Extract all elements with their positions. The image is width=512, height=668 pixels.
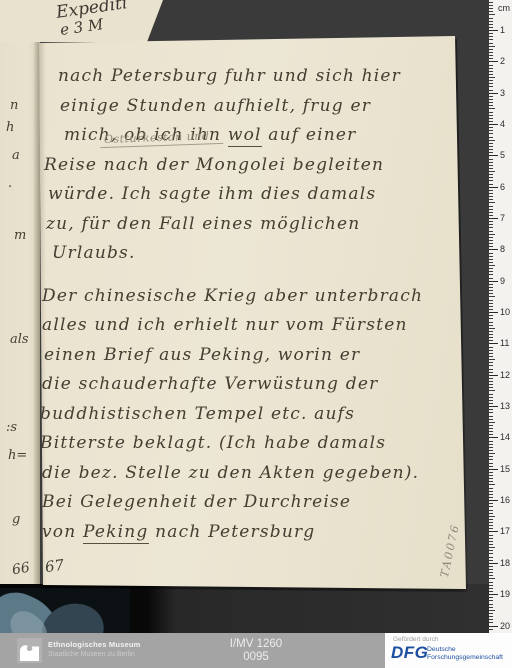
ruler-tick: [489, 137, 493, 138]
ruler-tick: [489, 594, 498, 595]
ruler-tick: [489, 331, 493, 332]
ruler-tick: [489, 187, 498, 188]
manuscript-line: die schauderhafte Verwüstung der: [42, 370, 460, 400]
ruler-number: 6: [500, 182, 505, 192]
ruler-tick: [489, 607, 493, 608]
ruler-tick: [489, 80, 493, 81]
ruler-tick: [489, 127, 493, 128]
ruler-tick: [489, 162, 493, 163]
ruler-tick: [489, 613, 493, 614]
ruler-tick: [489, 563, 498, 564]
ruler-tick: [489, 171, 495, 172]
ruler-tick: [489, 287, 493, 288]
ruler-tick: [489, 143, 493, 144]
ruler-tick: [489, 525, 493, 526]
ruler-tick: [489, 99, 493, 100]
ruler-number: 2: [500, 56, 505, 66]
ruler-tick: [489, 96, 493, 97]
ruler-tick: [489, 231, 493, 232]
ruler-tick: [489, 11, 493, 12]
ruler-number: 8: [500, 244, 505, 254]
manuscript-line: Bei Gelegenheit der Durchreise: [42, 488, 460, 518]
ruler-tick: [489, 240, 493, 241]
ruler-tick: [489, 86, 493, 87]
ruler-tick: [489, 58, 493, 59]
ruler-tick: [489, 36, 493, 37]
ruler-tick: [489, 193, 493, 194]
ruler-tick: [489, 347, 493, 348]
ruler-number: 13: [500, 401, 510, 411]
ruler-number: 7: [500, 213, 505, 223]
facing-page-fragment: als: [10, 332, 29, 347]
facing-page-fragment: h: [6, 120, 14, 135]
ruler-tick: [489, 604, 493, 605]
ruler-tick: [489, 503, 493, 504]
ruler-tick: [489, 510, 493, 511]
manuscript-line: Bitterste beklagt. (Ich habe damals: [40, 429, 460, 459]
ruler-tick: [489, 284, 493, 285]
ruler-tick: [489, 196, 493, 197]
ruler-number: 20: [500, 621, 510, 631]
ruler-tick: [489, 278, 493, 279]
ruler-tick: [489, 538, 493, 539]
ruler-tick: [489, 516, 495, 517]
ruler-tick: [489, 180, 493, 181]
ruler-tick: [489, 553, 493, 554]
ruler-tick: [489, 381, 493, 382]
ruler-tick: [489, 497, 493, 498]
funder-name-line2: Forschungsgemeinschaft: [427, 654, 503, 662]
manuscript-line: einige Stunden aufhielt, frug er: [60, 92, 460, 122]
ruler-tick: [489, 600, 493, 601]
facing-page-fragment: m: [14, 228, 26, 243]
dfg-logo: DFG: [391, 643, 428, 663]
funder-name: Deutsche Forschungsgemeinschaft: [427, 646, 503, 662]
ruler-tick: [489, 356, 493, 357]
facing-page-fragment: .: [8, 176, 12, 191]
ruler-tick: [489, 588, 493, 589]
ruler-tick: [489, 14, 495, 15]
manuscript-line: nach Petersburg fuhr und sich hier: [58, 62, 460, 92]
ruler-tick: [489, 616, 493, 617]
ruler-tick: [489, 27, 493, 28]
ruler-tick: [489, 68, 493, 69]
ruler-tick: [489, 268, 493, 269]
ruler-tick: [489, 456, 493, 457]
ruler-tick: [489, 478, 493, 479]
ruler-tick: [489, 610, 495, 611]
ruler-tick: [489, 318, 493, 319]
ruler-tick: [489, 359, 495, 360]
ruler-tick: [489, 168, 493, 169]
ruler-tick: [489, 8, 493, 9]
ruler-tick: [489, 406, 498, 407]
fabric-cloth: [0, 588, 130, 633]
ruler-tick: [489, 375, 498, 376]
ruler-tick: [489, 315, 493, 316]
ruler-tick: [489, 575, 493, 576]
ruler-number: 16: [500, 495, 510, 505]
ruler-tick: [489, 566, 493, 567]
manuscript-line: einen Brief aus Peking, worin er: [44, 341, 460, 371]
ruler-tick: [489, 412, 493, 413]
ruler-tick: [489, 218, 498, 219]
ruler-tick: [489, 199, 493, 200]
ruler-tick: [489, 447, 493, 448]
ruler-number: 12: [500, 370, 510, 380]
ruler-tick: [489, 572, 493, 573]
ruler-tick: [489, 419, 493, 420]
ruler-tick: [489, 184, 493, 185]
ruler-tick: [489, 619, 493, 620]
ruler-tick: [489, 256, 493, 257]
facing-page-edge: nha.mals:sh=g 66: [0, 0, 40, 589]
ruler-tick: [489, 531, 498, 532]
ruler-tick: [489, 453, 495, 454]
ruler-tick: [489, 71, 493, 72]
facing-page-fragment: n: [10, 98, 18, 113]
manuscript-line: alles und ich erhielt nur vom Fürsten: [42, 311, 460, 341]
ruler-tick: [489, 246, 493, 247]
ruler-number: 14: [500, 432, 510, 442]
ruler-tick: [489, 337, 493, 338]
ruler-tick: [489, 112, 493, 113]
ruler-tick: [489, 519, 493, 520]
ruler-tick: [489, 481, 493, 482]
ruler-tick: [489, 597, 493, 598]
ruler-tick: [489, 21, 493, 22]
ruler-tick: [489, 243, 493, 244]
ruler-tick: [489, 237, 493, 238]
ruler-tick: [489, 39, 493, 40]
facing-page-fragment: g: [12, 512, 20, 527]
ruler-tick: [489, 234, 495, 235]
ruler-tick: [489, 629, 493, 630]
ruler-tick: [489, 65, 493, 66]
ruler-tick: [489, 403, 493, 404]
ruler-tick: [489, 547, 495, 548]
ruler-tick: [489, 49, 493, 50]
ruler-tick: [489, 212, 493, 213]
ruler-tick: [489, 221, 493, 222]
ruler-tick: [489, 384, 493, 385]
ruler-tick: [489, 343, 498, 344]
facing-page-fragment: :s: [6, 420, 17, 435]
ruler-tick: [489, 582, 493, 583]
ruler-tick: [489, 5, 493, 6]
ruler-tick: [489, 325, 493, 326]
facing-page-fragment: h=: [8, 448, 27, 463]
ruler-tick: [489, 475, 493, 476]
ruler-tick: [489, 378, 493, 379]
ruler-tick: [489, 513, 493, 514]
ruler-tick: [489, 422, 495, 423]
ruler-tick: [489, 334, 493, 335]
ruler-tick: [489, 591, 493, 592]
ruler-tick: [489, 165, 493, 166]
ruler-tick: [489, 206, 493, 207]
ruler-tick: [489, 372, 493, 373]
ruler-tick: [489, 522, 493, 523]
manuscript-line: von Peking nach Petersburg: [42, 518, 460, 548]
facing-page-number: 66: [11, 560, 31, 579]
ruler-tick: [489, 296, 495, 297]
ruler-tick: [489, 350, 493, 351]
ruler: cm 1234567891011121314151617181920: [489, 0, 512, 633]
ruler-number: 3: [500, 88, 505, 98]
ruler-tick: [489, 55, 493, 56]
ruler-tick: [489, 431, 493, 432]
manuscript-line: würde. Ich sagte ihm dies damals: [48, 180, 460, 210]
ruler-number: 4: [500, 119, 505, 129]
ruler-tick: [489, 300, 493, 301]
ruler-tick: [489, 541, 493, 542]
ruler-tick: [489, 578, 495, 579]
page-number: 67: [44, 556, 65, 576]
ruler-tick: [489, 159, 493, 160]
ruler-tick: [489, 312, 498, 313]
ruler-tick: [489, 506, 493, 507]
ruler-tick: [489, 387, 493, 388]
ruler-tick: [489, 328, 495, 329]
ruler-tick: [489, 303, 493, 304]
ruler-tick: [489, 309, 493, 310]
ruler-tick: [489, 369, 493, 370]
ruler-tick: [489, 585, 493, 586]
ruler-tick: [489, 472, 493, 473]
ruler-tick: [489, 133, 493, 134]
scan-viewport: nha.mals:sh=g 66 Expediti e 3 M nach Pet…: [0, 0, 512, 668]
ruler-tick: [489, 353, 493, 354]
ruler-number: 10: [500, 307, 510, 317]
facing-page-fragment: a: [12, 148, 20, 163]
ruler-tick: [489, 484, 495, 485]
manuscript-line: die bez. Stelle zu den Akten gegeben).: [42, 459, 460, 489]
ruler-tick: [489, 428, 493, 429]
ruler-tick: [489, 249, 498, 250]
ruler-tick: [489, 491, 493, 492]
ruler-tick: [489, 265, 495, 266]
ruler-tick: [489, 177, 493, 178]
ruler-tick: [489, 74, 493, 75]
ruler-tick: [489, 340, 493, 341]
ruler-tick: [489, 500, 498, 501]
manuscript-line: Der chinesische Krieg aber unterbrach: [42, 282, 460, 312]
ruler-tick: [489, 437, 498, 438]
ruler-tick: [489, 46, 495, 47]
ruler-tick: [489, 33, 493, 34]
ruler-tick: [489, 61, 498, 62]
ruler-tick: [489, 400, 493, 401]
manuscript-line: buddhistischen Tempel etc. aufs: [40, 400, 460, 430]
ruler-tick: [489, 290, 493, 291]
ruler-tick: [489, 362, 493, 363]
ruler-tick: [489, 43, 493, 44]
ruler-tick: [489, 52, 493, 53]
ruler-number: 5: [500, 150, 505, 160]
manuscript-line: Reise nach der Mongolei begleiten: [44, 151, 460, 181]
ruler-tick: [489, 322, 493, 323]
ruler-number: 19: [500, 589, 510, 599]
ruler-number: 17: [500, 526, 510, 536]
ruler-tick: [489, 18, 493, 19]
funder-name-line1: Deutsche: [427, 646, 503, 654]
ruler-tick: [489, 535, 493, 536]
manuscript-line: zu, für den Fall eines möglichen: [46, 210, 460, 240]
ruler-tick: [489, 416, 493, 417]
corner-sheet: Expediti e 3 M: [0, 0, 170, 42]
ruler-tick: [489, 557, 493, 558]
ruler-tick: [489, 174, 493, 175]
ruler-tick: [489, 274, 493, 275]
funding-box: Gefördert durch DFG Deutsche Forschungsg…: [385, 633, 512, 668]
ruler-tick: [489, 155, 498, 156]
ruler-tick: [489, 560, 493, 561]
ruler-unit-label: cm: [498, 3, 510, 13]
ruler-tick: [489, 227, 493, 228]
ruler-tick: [489, 108, 495, 109]
ruler-tick: [489, 102, 493, 103]
ruler-tick: [489, 105, 493, 106]
ruler-tick: [489, 425, 493, 426]
ruler-tick: [489, 83, 493, 84]
ruler-tick: [489, 293, 493, 294]
ruler-tick: [489, 463, 493, 464]
ruler-tick: [489, 115, 493, 116]
ruler-tick: [489, 202, 495, 203]
ruler-tick: [489, 494, 493, 495]
ruler-tick: [489, 2, 493, 3]
ruler-tick: [489, 434, 493, 435]
ruler-tick: [489, 77, 495, 78]
ruler-number: 11: [500, 338, 509, 348]
ruler-tick: [489, 262, 493, 263]
ruler-tick: [489, 444, 493, 445]
ruler-tick: [489, 209, 493, 210]
funding-label: Gefördert durch: [393, 636, 439, 643]
ruler-tick: [489, 397, 493, 398]
ruler-tick: [489, 121, 493, 122]
ruler-tick: [489, 215, 493, 216]
ruler-tick: [489, 569, 493, 570]
manuscript-line: Urlaubs.: [52, 239, 460, 269]
ruler-number: 1: [500, 25, 505, 35]
ruler-tick: [489, 140, 495, 141]
ruler-tick: [489, 152, 493, 153]
ruler-tick: [489, 30, 498, 31]
ruler-tick: [489, 441, 493, 442]
ruler-tick: [489, 626, 498, 627]
ruler-tick: [489, 528, 493, 529]
ruler-tick: [489, 622, 493, 623]
footer-bar: Ethnologisches Museum Staatliche Museen …: [0, 633, 512, 668]
ruler-tick: [489, 24, 493, 25]
ruler-number: 15: [500, 464, 510, 474]
ruler-tick: [489, 394, 493, 395]
ruler-tick: [489, 130, 493, 131]
ruler-tick: [489, 271, 493, 272]
ruler-tick: [489, 281, 498, 282]
fabric-fold: [37, 597, 110, 633]
ruler-tick: [489, 544, 493, 545]
ruler-tick: [489, 253, 493, 254]
ruler-tick: [489, 306, 493, 307]
manuscript-page: nach Petersburg fuhr und sich hiereinige…: [36, 36, 466, 591]
ruler-tick: [489, 190, 493, 191]
ruler-tick: [489, 450, 493, 451]
ruler-tick: [489, 488, 493, 489]
ruler-tick: [489, 259, 493, 260]
ruler-tick: [489, 124, 498, 125]
ruler-tick: [489, 90, 493, 91]
ruler-tick: [489, 469, 498, 470]
ruler-tick: [489, 459, 493, 460]
ruler-number: 18: [500, 558, 510, 568]
ruler-tick: [489, 149, 493, 150]
ruler-tick: [489, 390, 495, 391]
ruler-tick: [489, 466, 493, 467]
ruler-tick: [489, 93, 498, 94]
ruler-tick: [489, 409, 493, 410]
ruler-tick: [489, 224, 493, 225]
ruler-tick: [489, 550, 493, 551]
ruler-tick: [489, 146, 493, 147]
ruler-number: 9: [500, 276, 505, 286]
ruler-tick: [489, 118, 493, 119]
ruler-tick: [489, 365, 493, 366]
